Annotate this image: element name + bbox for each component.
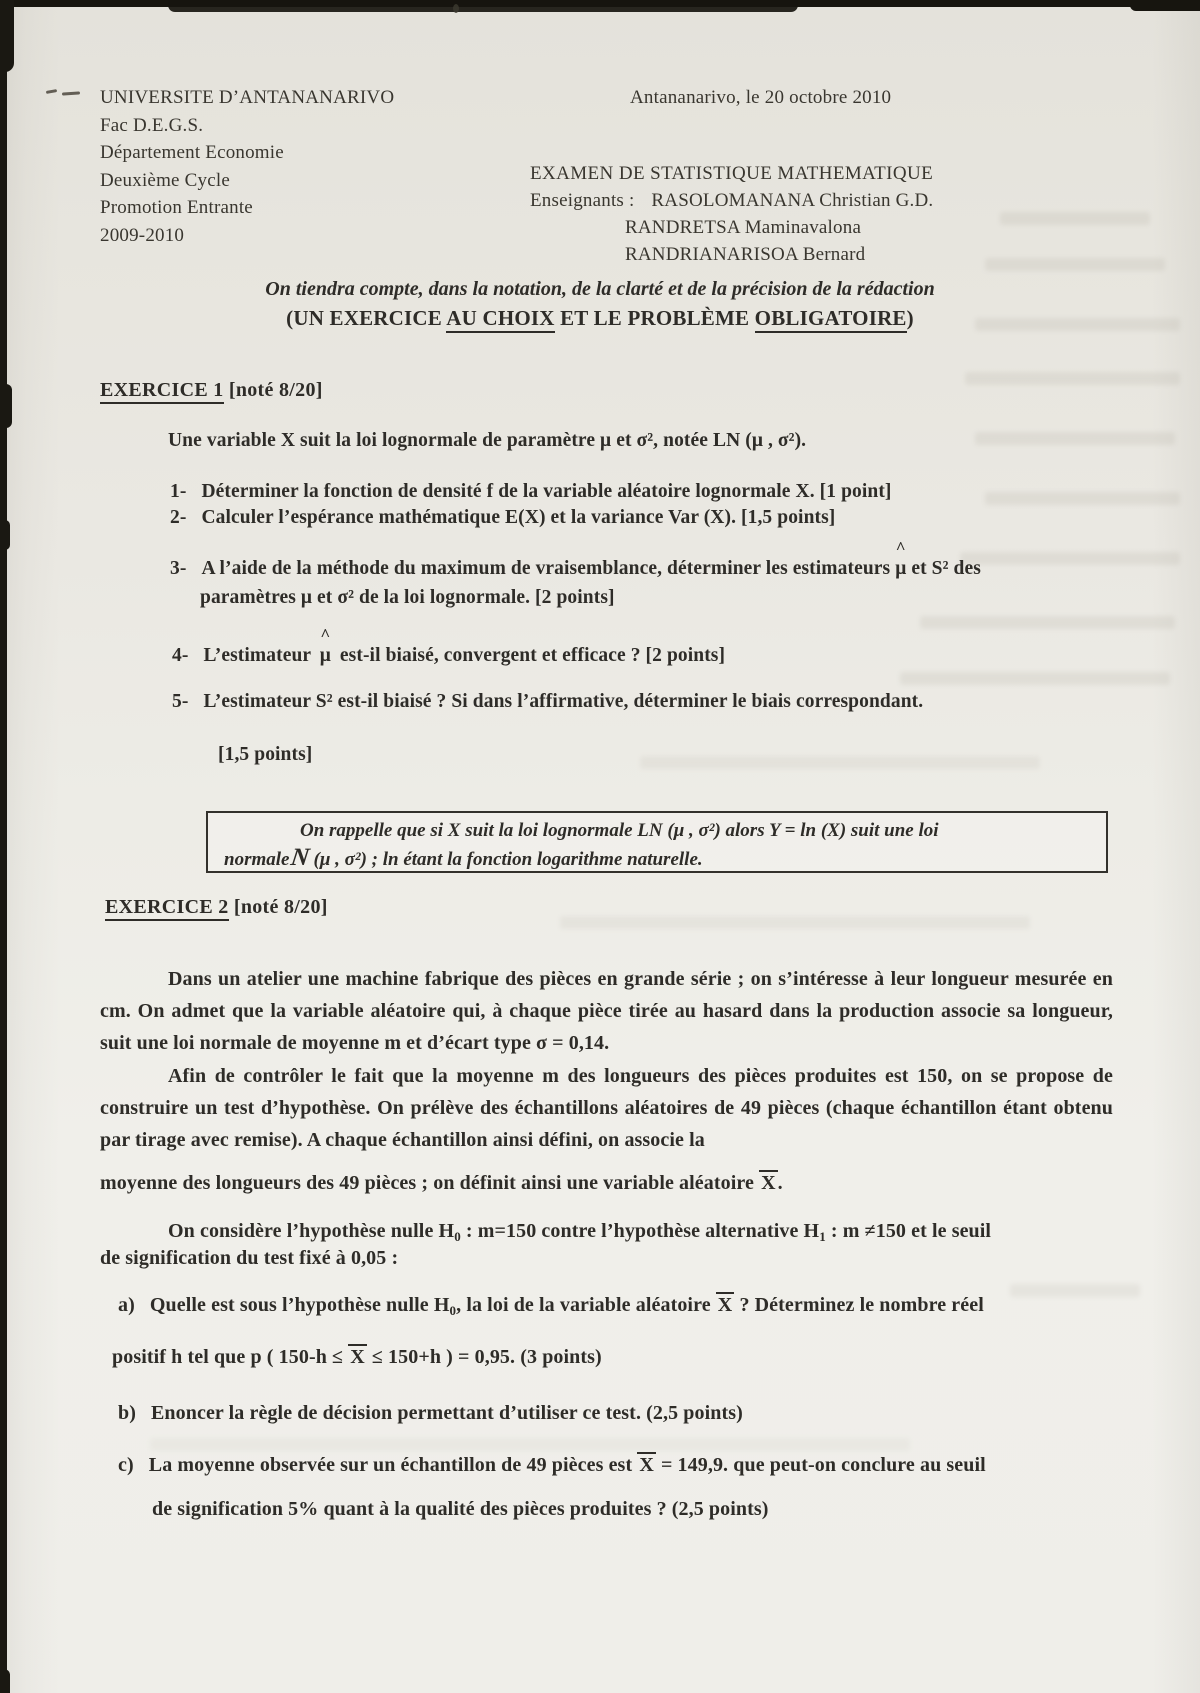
pen-scribble xyxy=(46,89,57,94)
teachers-label: Enseignants : xyxy=(530,190,634,211)
bleed-through-artifact xyxy=(1000,212,1150,225)
bleed-through-artifact xyxy=(965,372,1180,385)
scan-edge-top-thick xyxy=(168,0,798,12)
scan-edge-top-right xyxy=(1130,0,1200,11)
exam-title: EXAMEN DE STATISTIQUE MATHEMATIQUE xyxy=(530,160,933,188)
item-text: Déterminer la fonction de densité f de l… xyxy=(201,481,891,502)
x-letter: X xyxy=(350,1346,365,1368)
exercise2-question-a-line2: positif h tel que p ( 150-h ≤ X ≤ 150+h … xyxy=(112,1344,602,1369)
mu-hat-estimator: ^μ xyxy=(320,645,331,667)
grading-notice: On tiendra compte, dans la notation, de … xyxy=(0,278,1200,301)
item-number: 5- xyxy=(172,691,188,713)
item-number: 4- xyxy=(172,645,188,667)
promotion-line: Promotion Entrante xyxy=(100,194,394,222)
faculty-line: Fac D.E.G.S. xyxy=(100,112,394,140)
mu-symbol: μ xyxy=(895,558,906,579)
xbar-symbol: X xyxy=(759,1170,778,1193)
item-text: est-il biaisé, convergent et efficace ? … xyxy=(335,645,725,666)
para-text: . xyxy=(778,1172,783,1194)
bleed-through-artifact xyxy=(640,756,1040,769)
university-name: UNIVERSITE D’ANTANANARIVO xyxy=(100,84,394,112)
bleed-through-artifact xyxy=(1010,1284,1140,1297)
exercise1-item1: 1-Déterminer la fonction de densité f de… xyxy=(170,481,892,503)
exercise1-item3-line1: 3-A l’aide de la méthode du maximum de v… xyxy=(170,558,981,580)
bleed-through-artifact xyxy=(975,432,1175,445)
exercise1-item3-line2: paramètres μ et σ² de la loi lognormale.… xyxy=(200,587,615,609)
exercise2-points: [noté 8/20] xyxy=(229,896,328,918)
teacher-name: RANDRIANARISOA Bernard xyxy=(625,241,865,269)
question-text: Quelle est sous l’hypothèse nulle H xyxy=(150,1294,450,1316)
hat-symbol: ^ xyxy=(896,538,906,558)
scan-edge-left-bump1 xyxy=(0,384,12,428)
teacher-name: RASOLOMANANA Christian G.D. xyxy=(651,190,933,211)
reminder-line1: On rappelle que si X suit la loi lognorm… xyxy=(208,813,1106,844)
scanned-exam-page: UNIVERSITE D’ANTANANARIVO Fac D.E.G.S. D… xyxy=(0,0,1200,1693)
exercise1-intro: Une variable X suit la loi lognormale de… xyxy=(168,430,806,452)
choice-notice-segment: ) xyxy=(907,306,914,330)
x-letter: X xyxy=(639,1454,654,1476)
bleed-through-artifact xyxy=(900,672,1170,685)
x-letter: X xyxy=(761,1172,776,1194)
choice-notice-underlined: OBLIGATOIRE xyxy=(755,306,907,333)
exercise2-heading: EXERCICE 2 [noté 8/20] xyxy=(105,896,328,919)
item-number: 3- xyxy=(170,558,186,580)
exercise2-question-c-line2: de signification 5% quant à la qualité d… xyxy=(152,1498,769,1521)
exercise2-para2b: moyenne des longueurs des 49 pièces ; on… xyxy=(100,1170,783,1195)
h0-subscript: 0 xyxy=(454,1229,461,1244)
h1-subscript: 1 xyxy=(819,1229,826,1244)
question-letter: c) xyxy=(118,1454,134,1477)
exercise1-title: EXERCICE 1 xyxy=(100,379,224,404)
exercise1-item2: 2-Calculer l’espérance mathématique E(X)… xyxy=(170,507,835,529)
bleed-through-artifact xyxy=(985,258,1165,271)
mu-symbol: μ xyxy=(320,645,331,666)
pen-scribble xyxy=(62,91,80,95)
exercise2-question-c: c)La moyenne observée sur un échantillon… xyxy=(118,1452,986,1477)
item-text: L’estimateur S² est-il biaisé ? Si dans … xyxy=(203,691,923,712)
department-line: Département Economie xyxy=(100,139,394,167)
hat-symbol: ^ xyxy=(320,625,330,645)
para-text: moyenne des longueurs des 49 pièces ; on… xyxy=(100,1172,759,1194)
exercise1-item5: 5-L’estimateur S² est-il biaisé ? Si dan… xyxy=(172,691,923,713)
exercise2-para2: Afin de contrôler le fait que la moyenne… xyxy=(100,1060,1113,1156)
university-header-block: UNIVERSITE D’ANTANANARIVO Fac D.E.G.S. D… xyxy=(100,84,394,249)
reminder-text: normale xyxy=(224,849,289,870)
item-text: Calculer l’espérance mathématique E(X) e… xyxy=(201,507,835,528)
reminder-line2: normaleN(μ , σ²) ; ln étant la fonction … xyxy=(208,844,1106,873)
scan-edge-left-bump2 xyxy=(0,520,10,550)
exercise2-title: EXERCICE 2 xyxy=(105,896,229,921)
reminder-text: (μ , σ²) ; ln étant la fonction logarith… xyxy=(314,849,703,870)
bleed-through-artifact xyxy=(985,492,1180,505)
exercise2-question-b: b)Enoncer la règle de décision permettan… xyxy=(118,1402,743,1425)
bleed-through-artifact xyxy=(560,916,1030,929)
exercise2-question-a: a)Quelle est sous l’hypothèse nulle H0, … xyxy=(118,1292,984,1319)
scan-edge-left xyxy=(0,0,7,1693)
para-text: : m ≠150 et le seuil xyxy=(826,1220,991,1242)
question-text: positif h tel que p ( 150-h ≤ xyxy=(112,1346,348,1368)
question-text: = 149,9. que peut-on conclure au seuil xyxy=(656,1454,986,1476)
xbar-symbol: X xyxy=(716,1292,735,1315)
teachers-line: Enseignants : RASOLOMANANA Christian G.D… xyxy=(530,187,933,215)
exercise1-item5-points: [1,5 points] xyxy=(218,744,312,766)
exercise2-para1: Dans un atelier une machine fabrique des… xyxy=(100,963,1113,1059)
question-letter: b) xyxy=(118,1402,136,1425)
scan-edge-left-wedge xyxy=(0,0,14,72)
xbar-symbol: X xyxy=(637,1452,656,1475)
item-number: 1- xyxy=(170,481,186,503)
question-text: Enoncer la règle de décision permettant … xyxy=(151,1402,743,1424)
cycle-line: Deuxième Cycle xyxy=(100,167,394,195)
choice-notice: (UN EXERCICE AU CHOIX ET LE PROBLÈME OBL… xyxy=(0,306,1200,331)
item-text: et S² des xyxy=(906,558,981,579)
question-text: ≤ 150+h ) = 0,95. (3 points) xyxy=(367,1346,602,1368)
lognormal-reminder-box: On rappelle que si X suit la loi lognorm… xyxy=(206,811,1108,873)
scan-edge-bottom-left xyxy=(0,1669,10,1693)
para-text: On considère l’hypothèse nulle H xyxy=(168,1220,454,1242)
choice-notice-segment: (UN EXERCICE xyxy=(286,306,446,330)
item-number: 2- xyxy=(170,507,186,529)
date-line: Antananarivo, le 20 octobre 2010 xyxy=(630,84,891,112)
exercise1-item4: 4-L’estimateur ^μ est-il biaisé, converg… xyxy=(172,645,725,667)
question-text: ? Déterminez le nombre réel xyxy=(734,1294,984,1316)
bleed-through-artifact xyxy=(960,552,1180,565)
bleed-through-artifact xyxy=(150,1438,910,1451)
bleed-through-artifact xyxy=(920,616,1175,629)
choice-notice-underlined: AU CHOIX xyxy=(446,306,554,333)
mu-hat-estimator: ^μ xyxy=(895,558,906,580)
scan-speck xyxy=(453,4,459,13)
exercise2-para3-line2: de signification du test fixé à 0,05 : xyxy=(100,1247,398,1270)
question-text: , la loi de la variable aléatoire xyxy=(456,1294,716,1316)
question-letter: a) xyxy=(118,1294,135,1317)
exercise1-points: [noté 8/20] xyxy=(224,379,323,401)
script-n-symbol: N xyxy=(290,845,312,871)
choice-notice-segment: ET LE PROBLÈME xyxy=(555,306,755,330)
item-text: A l’aide de la méthode du maximum de vra… xyxy=(201,558,895,579)
question-text: La moyenne observée sur un échantillon d… xyxy=(149,1454,638,1476)
teacher-name: RANDRETSA Maminavalona xyxy=(625,214,861,242)
xbar-symbol: X xyxy=(348,1344,367,1367)
x-letter: X xyxy=(718,1294,733,1316)
item-text: L’estimateur xyxy=(203,645,315,666)
academic-year-line: 2009-2010 xyxy=(100,222,394,250)
para-text: : m=150 contre l’hypothèse alternative H xyxy=(461,1220,819,1242)
exercise1-heading: EXERCICE 1 [noté 8/20] xyxy=(100,379,323,402)
